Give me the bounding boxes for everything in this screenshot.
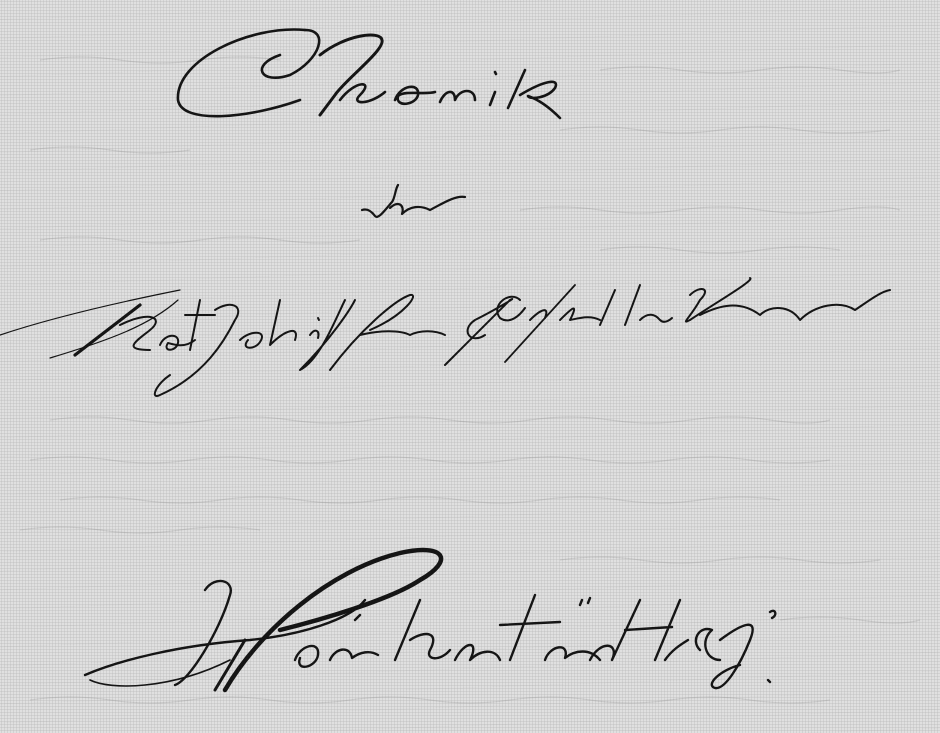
connector-word: der [370, 185, 470, 225]
document-title: Chronik [175, 20, 595, 130]
place-name: Höchstädt a/D. [85, 545, 795, 695]
organization-name: Katholischen Gesellenvereins [20, 285, 880, 385]
document-page: Chronik der Katholischen Gesellenvereins… [0, 0, 940, 733]
